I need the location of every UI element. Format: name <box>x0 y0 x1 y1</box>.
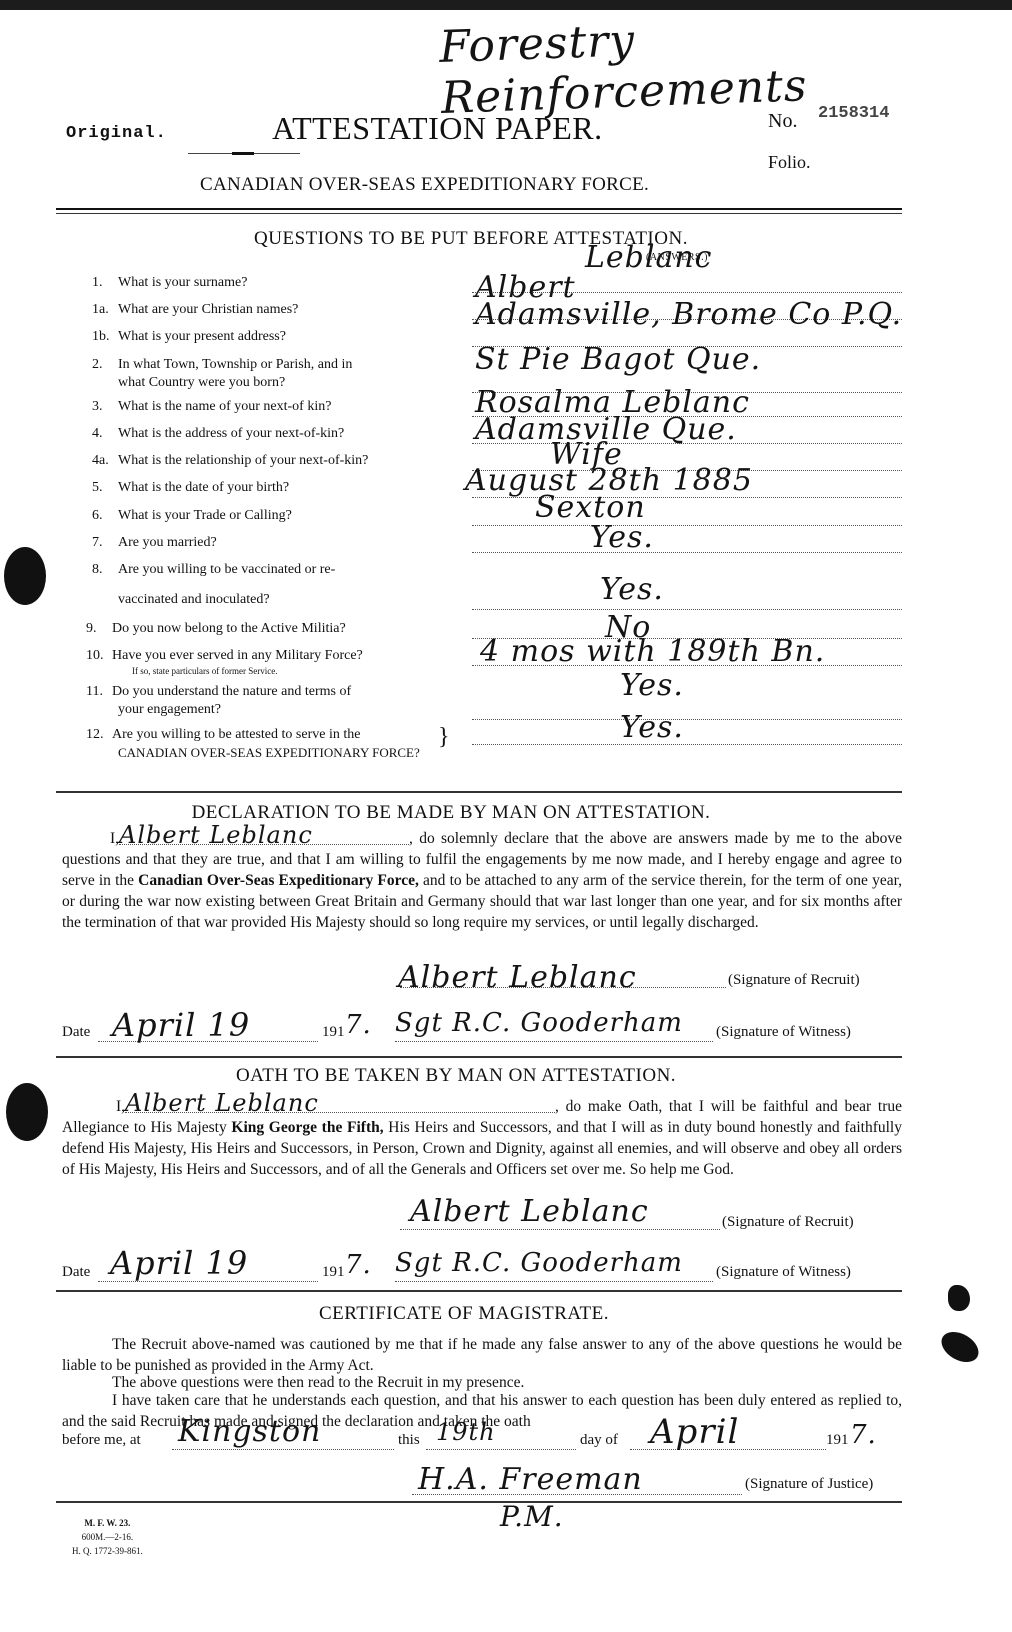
declaration-prefix: I, <box>62 830 119 847</box>
form-code-line-2: 600M.—2-16. <box>72 1530 143 1544</box>
day-line <box>426 1448 576 1450</box>
magistrate-year-suffix: 7. <box>850 1420 877 1450</box>
question-text: 3.What is the name of your next-of kin? <box>92 399 331 415</box>
number-label: No. <box>768 110 797 133</box>
magistrate-day: 19th <box>436 1418 496 1446</box>
magistrate-year-prefix: 191 <box>826 1432 849 1449</box>
question-number: 1a. <box>92 302 118 318</box>
question-label: What is the relationship of your next-of… <box>118 453 368 468</box>
form-code: M. F. W. 23. 600M.—2-16. H. Q. 1772-39-8… <box>72 1516 143 1558</box>
question-number: 12. <box>86 727 112 743</box>
witness-line <box>395 1280 713 1282</box>
oath-year-prefix: 191 <box>322 1264 345 1281</box>
copy-label: Original. <box>66 124 167 143</box>
questions-section-title: QUESTIONS TO BE PUT BEFORE ATTESTATION. <box>0 228 977 250</box>
question-text: 4.What is the address of your next-of-ki… <box>92 426 344 442</box>
question-text: 5.What is the date of your birth? <box>92 480 289 496</box>
question-number: 3. <box>92 399 118 415</box>
oath-name: Albert Leblanc <box>125 1094 555 1113</box>
declaration-text-bold: Canadian Over-Seas Expeditionary Force, <box>138 872 419 889</box>
oath-date: April 19 <box>110 1244 248 1282</box>
question-number: 6. <box>92 508 118 524</box>
section-divider <box>56 1056 902 1058</box>
title-rule-accent <box>232 152 254 155</box>
question-text: 10.Have you ever served in any Military … <box>86 648 363 664</box>
oath-recruit-signature: Albert Leblanc <box>410 1194 649 1229</box>
section-divider <box>56 1290 902 1292</box>
regimental-number: 2158314 <box>818 104 889 123</box>
section-divider <box>56 791 902 793</box>
question-number: 7. <box>92 535 118 551</box>
signature-line <box>400 1228 720 1230</box>
question-number: 2. <box>92 357 118 373</box>
oath-date-label: Date <box>62 1264 90 1281</box>
declaration-text: I,Albert Leblanc, do solemnly declare th… <box>62 826 902 933</box>
question-text: 6.What is your Trade or Calling? <box>92 508 292 524</box>
brace: } <box>438 725 450 749</box>
question-text: 12.Are you willing to be attested to ser… <box>86 727 360 743</box>
answer-line <box>472 743 902 745</box>
question-label: What is the name of your next-of kin? <box>118 399 331 414</box>
witness-signature-label: (Signature of Witness) <box>716 1024 851 1041</box>
declaration-year-prefix: 191 <box>322 1024 345 1041</box>
answer-text: Yes. <box>620 710 684 745</box>
section-divider <box>56 213 902 214</box>
question-number: 9. <box>86 621 112 637</box>
form-code-line-1: M. F. W. 23. <box>72 1516 143 1530</box>
ink-smudge <box>936 1326 984 1369</box>
question-label: Are you married? <box>118 535 217 550</box>
declaration-date-label: Date <box>62 1024 90 1041</box>
question-label-continued: your engagement? <box>118 702 221 718</box>
question-label: Do you understand the nature and terms o… <box>112 684 351 699</box>
question-text: 7.Are you married? <box>92 535 217 551</box>
section-divider <box>56 208 902 210</box>
declaration-year-suffix: 7. <box>345 1010 372 1040</box>
answer-text: Adamsville, Brome Co P.Q. <box>475 297 902 332</box>
question-label: What is the date of your birth? <box>118 480 289 495</box>
oath-recruit-signature-label: (Signature of Recruit) <box>722 1214 854 1231</box>
form-code-line-3: H. Q. 1772-39-861. <box>72 1544 143 1558</box>
oath-text: I,Albert Leblanc, do make Oath, that I w… <box>62 1094 902 1180</box>
answer-text: Yes. <box>590 520 654 555</box>
answer-text: Leblanc <box>585 240 712 275</box>
question-label: Have you ever served in any Military For… <box>112 648 363 663</box>
day-of-label: day of <box>580 1432 618 1449</box>
justice-signature: H.A. Freeman <box>418 1462 643 1497</box>
justice-initials: P.M. <box>500 1500 564 1533</box>
declaration-date: April 19 <box>112 1006 250 1044</box>
oath-witness-signature-label: (Signature of Witness) <box>716 1264 851 1281</box>
oath-prefix: I, <box>62 1098 125 1115</box>
question-label: What is the address of your next-of-kin? <box>118 426 344 441</box>
question-label: What is your Trade or Calling? <box>118 508 292 523</box>
before-me-label: before me, at <box>62 1432 141 1449</box>
recruit-signature-label: (Signature of Recruit) <box>728 972 860 989</box>
question-label: Are you willing to be vaccinated or re- <box>118 562 335 577</box>
answer-text: St Pie Bagot Que. <box>475 342 761 377</box>
declaration-name: Albert Leblanc <box>119 826 409 845</box>
question-label-continued: CANADIAN OVER-SEAS EXPEDITIONARY FORCE? <box>118 745 420 761</box>
question-text: 1b.What is your present address? <box>92 329 286 345</box>
question-number: 4a. <box>92 453 118 469</box>
question-text: 2.In what Town, Township or Parish, and … <box>92 357 352 373</box>
magistrate-month: April <box>650 1412 739 1452</box>
question-number: 11. <box>86 684 112 700</box>
punch-hole <box>6 1083 48 1141</box>
question-label: What is your surname? <box>118 275 247 290</box>
question-label: Do you now belong to the Active Militia? <box>112 621 346 636</box>
justice-line <box>412 1493 742 1495</box>
witness-line <box>395 1040 713 1042</box>
answer-text: 4 mos with 189th Bn. <box>480 634 825 669</box>
magistrate-title: CERTIFICATE OF MAGISTRATE. <box>0 1303 970 1325</box>
document-title: ATTESTATION PAPER. <box>272 110 603 147</box>
declaration-witness-signature: Sgt R.C. Gooderham <box>395 1008 683 1038</box>
answer-line <box>472 718 902 720</box>
question-label: What is your present address? <box>118 329 286 344</box>
document-subtitle: CANADIAN OVER-SEAS EXPEDITIONARY FORCE. <box>200 174 649 196</box>
question-number: 10. <box>86 648 112 664</box>
oath-witness-signature: Sgt R.C. Gooderham <box>395 1248 683 1278</box>
punch-hole <box>4 547 46 605</box>
question-text: 4a.What is the relationship of your next… <box>92 453 368 469</box>
this-label: this <box>398 1432 420 1449</box>
question-label: What are your Christian names? <box>118 302 298 317</box>
header-annotation: Forestry Reinforcements <box>438 2 1012 124</box>
answer-line <box>472 551 902 553</box>
answer-line <box>472 608 902 610</box>
oath-title: OATH TO BE TAKEN BY MAN ON ATTESTATION. <box>0 1065 962 1087</box>
question-label: Are you willing to be attested to serve … <box>112 727 360 742</box>
question-label-continued: what Country were you born? <box>118 375 285 391</box>
question-number: 1. <box>92 275 118 291</box>
magistrate-place: Kingston <box>178 1414 321 1449</box>
question-number: 5. <box>92 480 118 496</box>
signature-line <box>400 986 726 988</box>
question-number: 1b. <box>92 329 118 345</box>
folio-label: Folio. <box>768 152 811 173</box>
declaration-recruit-signature: Albert Leblanc <box>398 960 637 995</box>
question-label-continued: vaccinated and inoculated? <box>118 592 270 608</box>
question-text: 1a.What are your Christian names? <box>92 302 298 318</box>
question-number: 8. <box>92 562 118 578</box>
magistrate-para-1: The Recruit above-named was cautioned by… <box>62 1334 902 1376</box>
oath-year-suffix: 7. <box>345 1250 372 1280</box>
answer-text: Yes. <box>620 668 684 703</box>
oath-text-bold: King George the Fifth, <box>231 1119 383 1136</box>
question-label: In what Town, Township or Parish, and in <box>118 357 352 372</box>
question-number: 4. <box>92 426 118 442</box>
justice-signature-label: (Signature of Justice) <box>745 1476 873 1493</box>
question-text: 11.Do you understand the nature and term… <box>86 684 351 700</box>
answer-text: Yes. <box>600 572 664 607</box>
section-divider <box>56 1501 902 1503</box>
ink-smudge <box>948 1285 970 1311</box>
question-text: 1.What is your surname? <box>92 275 247 291</box>
question-note: If so, state particulars of former Servi… <box>132 666 277 676</box>
question-text: 9.Do you now belong to the Active Militi… <box>86 621 346 637</box>
question-text: 8.Are you willing to be vaccinated or re… <box>92 562 335 578</box>
